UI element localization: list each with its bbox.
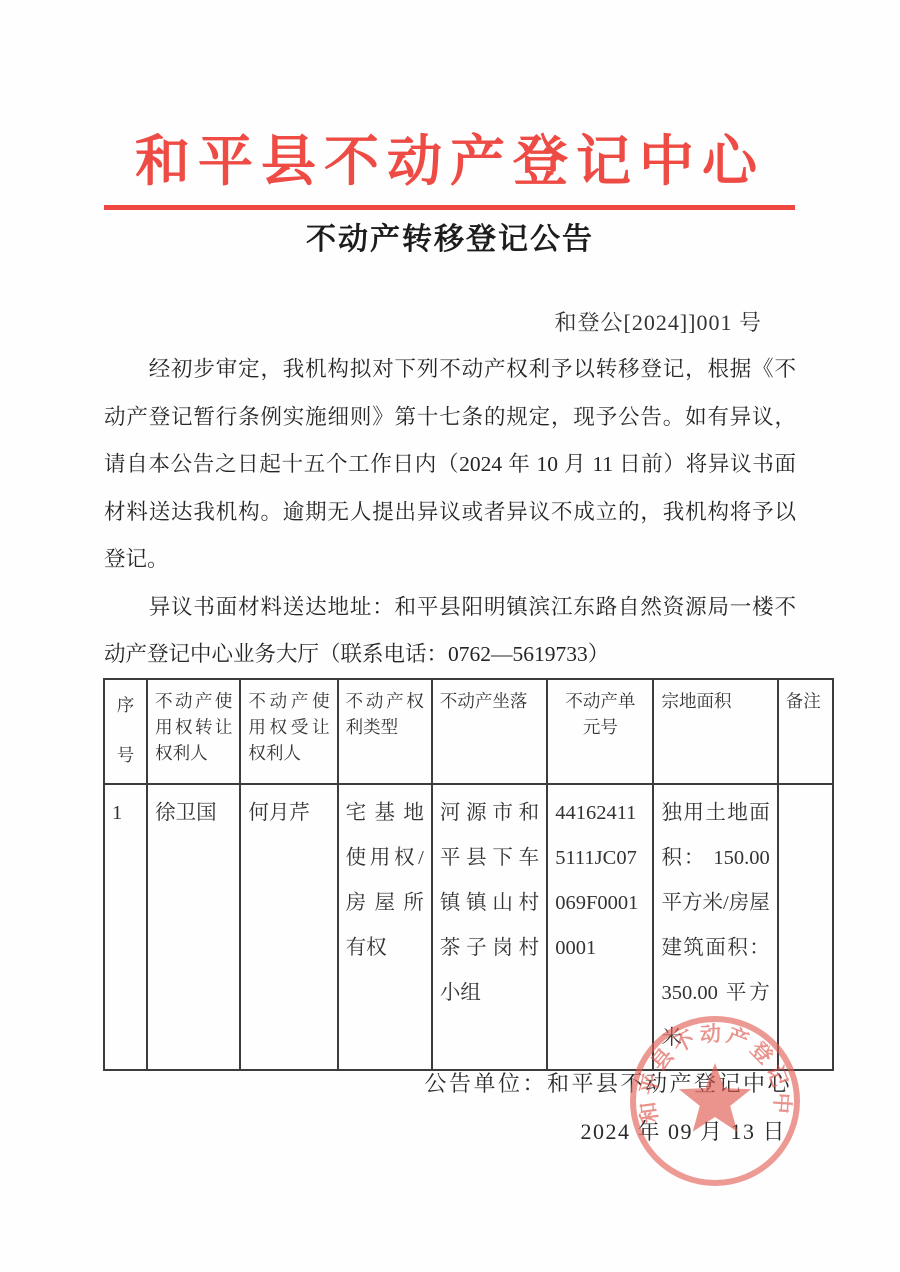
text-line: 不动产使	[248, 688, 329, 714]
text-line: 平方米/房屋	[661, 881, 769, 926]
cell-right-type: 宅基地使用权/房屋所有权	[338, 784, 432, 1070]
text-line: 平县下车	[440, 836, 539, 881]
text-line: 独用土地面	[661, 791, 769, 836]
text-line: 动产登记中心业务大厅（联系电话：0762—5619733）	[104, 631, 796, 679]
text-line: 经初步审定，我机构拟对下列不动产权利予以转移登记，根据《不	[104, 346, 796, 394]
header-right-type: 不动产权利类型	[338, 679, 432, 784]
paragraph-2: 异议书面材料送达地址：和平县阳明镇滨江东路自然资源局一楼不动产登记中心业务大厅（…	[104, 584, 796, 679]
text-line: 房屋所	[346, 881, 424, 926]
header-seq: 序号	[104, 679, 147, 784]
cell-transferee: 何月芹	[240, 784, 337, 1070]
cell-seq: 1	[104, 784, 147, 1070]
text-line: 元号	[555, 714, 645, 740]
header-remark: 备注	[778, 679, 833, 784]
cell-location: 河源市和平县下车镇镇山村茶子岗村小组	[432, 784, 547, 1070]
text-line: 用权受让	[248, 714, 329, 740]
header-unit-no: 不动产单元号	[547, 679, 653, 784]
text-line: 用权转让	[155, 714, 232, 740]
text-line: 利类型	[346, 714, 424, 740]
text-line: 小组	[440, 971, 539, 1016]
text-line: 镇镇山村	[440, 881, 539, 926]
text-line: 序	[112, 692, 139, 718]
document-page: 和平县不动产登记中心 不动产转移登记公告 和登公[2024]]001 号 经初步…	[0, 0, 900, 1272]
header-transferor: 不动产使用权转让权利人	[147, 679, 240, 784]
header-parcel-area: 宗地面积	[653, 679, 777, 784]
star-icon	[679, 1063, 751, 1132]
text-line: 河源市和	[440, 791, 539, 836]
text-line: 44162411	[555, 791, 645, 836]
text-line: 不动产权	[346, 688, 424, 714]
text-line: 权利人	[248, 740, 329, 766]
body-text: 经初步审定，我机构拟对下列不动产权利予以转移登记，根据《不动产登记暂行条例实施细…	[104, 346, 796, 679]
text-line: 350.00 平方	[661, 971, 769, 1016]
text-line: 号	[112, 742, 139, 768]
text-line: 备注	[786, 688, 825, 714]
text-line: 不动产使	[155, 688, 232, 714]
text-line: 建筑面积：	[661, 926, 769, 971]
text-line: 069F0001	[555, 881, 645, 926]
cell-transferor: 徐卫国	[147, 784, 240, 1070]
paragraph-1: 经初步审定，我机构拟对下列不动产权利予以转移登记，根据《不动产登记暂行条例实施细…	[104, 346, 796, 584]
text-line: 0001	[555, 926, 645, 971]
text-line: 5111JC07	[555, 836, 645, 881]
text-line: 异议书面材料送达地址：和平县阳明镇滨江东路自然资源局一楼不	[104, 584, 796, 632]
text-line: 茶子岗村	[440, 926, 539, 971]
text-line: 有权	[346, 926, 424, 971]
page-title: 和平县不动产登记中心	[0, 122, 900, 202]
notice-title: 不动产转移登记公告	[0, 217, 900, 263]
text-line: 使用权/	[346, 836, 424, 881]
title-divider	[104, 205, 795, 210]
text-line: 权利人	[155, 740, 232, 766]
text-line: 动产登记暂行条例实施细则》第十七条的规定，现予公告。如有异议，	[104, 394, 796, 442]
text-line: 积： 150.00	[661, 836, 769, 881]
text-line: 不动产坐落	[440, 688, 539, 714]
text-line: 登记。	[104, 536, 796, 584]
text-line: 材料送达我机构。逾期无人提出异议或者异议不成立的，我机构将予以	[104, 489, 796, 537]
text-line: 宅基地	[346, 791, 424, 836]
document-number: 和登公[2024]]001 号	[555, 307, 762, 339]
header-transferee: 不动产使用权受让权利人	[240, 679, 337, 784]
official-seal: 和平县不动产登记中心	[626, 1012, 804, 1190]
text-line: 请自本公告之日起十五个工作日内（2024 年 10 月 11 日前）将异议书面	[104, 441, 796, 489]
text-line: 不动产单	[555, 688, 645, 714]
text-line: 宗地面积	[661, 688, 769, 714]
table-header-row: 序号 不动产使用权转让权利人 不动产使用权受让权利人 不动产权利类型 不动产坐落…	[104, 679, 833, 784]
header-location: 不动产坐落	[432, 679, 547, 784]
